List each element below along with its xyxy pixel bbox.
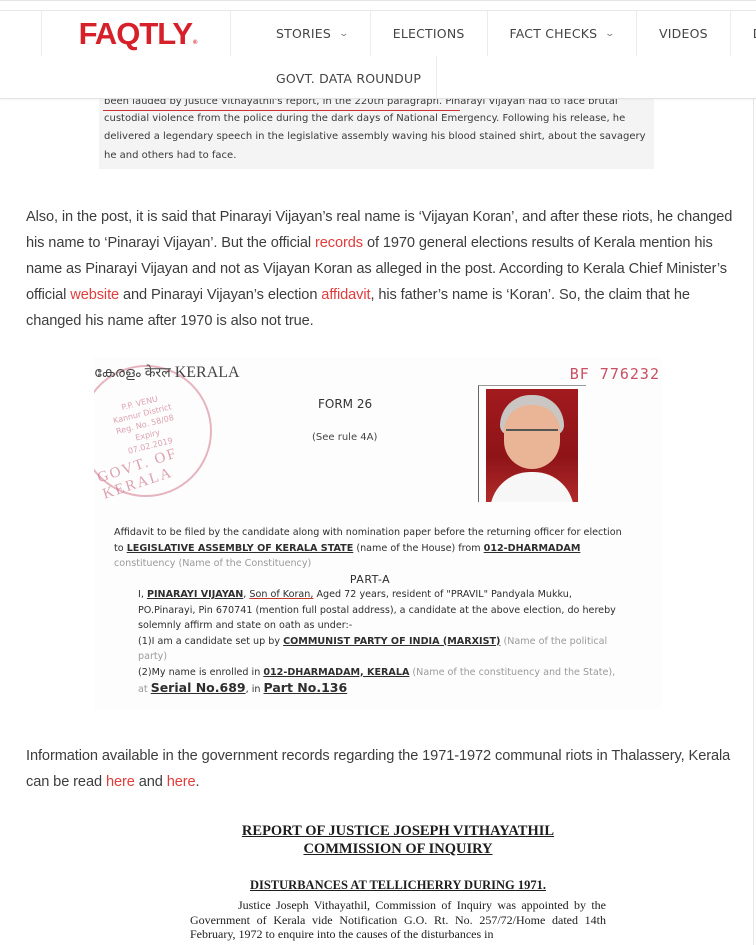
serial-number: Serial No.689 [151,680,246,695]
part-number: Part No.136 [264,680,348,695]
nav-stories[interactable]: STORIES ⌄ [232,11,371,56]
header-malayalam: കേരളം [94,365,141,381]
article-paragraph: Information available in the government … [26,743,736,795]
factly-logo: FAQTLY® [79,18,198,49]
affidavit-intro: Affidavit to be filed by the candidate a… [114,525,626,572]
candidate-photo [486,389,578,502]
logo-text: FA [79,18,117,49]
party-name: COMMUNIST PARTY OF INDIA (MARXIST) [283,636,500,647]
affidavit-part: PART-A [114,572,626,588]
nav-videos[interactable]: VIDEOS [637,11,731,56]
quote-line: he and others had to face. [99,147,646,165]
affidavit-text-run: (1)I am a candidate set up by [138,636,283,647]
nav-data-tools[interactable]: DATA TOOLS [731,11,756,56]
report-subtitle: DISTURBANCES AT TELLICHERRY DURING 1971. [176,878,620,893]
affidavit-text-run: I, [138,589,147,600]
affidavit-clause: (2)My name is enrolled in 012-DHARMADAM,… [114,665,626,698]
affidavit-house: LEGISLATIVE ASSEMBLY OF KERALA STATE [127,543,354,554]
quote-screenshot-image: been lauded by Justice Vithayathil's rep… [99,99,654,169]
affidavit-text-run: constituency (Name of the Constituency) [114,558,311,569]
registered-mark: ® [193,40,197,46]
records-link[interactable]: records [315,235,363,251]
affidavit-text-run: (name of the House) from [353,543,483,554]
main-nav-row-2: GOVT. DATA ROUNDUP [232,56,437,100]
report-title: REPORT OF JUSTICE JOSEPH VITHAYATHIL COM… [176,822,620,858]
stamp-serial: BF 776232 [570,365,660,383]
affidavit-clause: I, PINARAYI VIJAYAN, Son of Koran, Aged … [114,587,626,634]
nav-fact-checks[interactable]: FACT CHECKS ⌄ [488,11,638,56]
logo-link[interactable]: FAQTLY® [41,11,231,56]
affidavit-text-run: (2)My name is enrolled in [138,667,263,678]
form-rule: (See rule 4A) [312,432,377,443]
father-name-highlight: Son of Koran, [249,589,313,600]
commission-report-image: REPORT OF JUSTICE JOSEPH VITHAYATHIL COM… [176,822,620,945]
affidavit-clause: (1)I am a candidate set up by COMMUNIST … [114,634,626,665]
chevron-down-icon: ⌄ [605,29,616,39]
website-link[interactable]: website [70,287,119,303]
stamp-paper-header: കേരളം केरल KERALA [94,363,240,382]
here-link-1[interactable]: here [106,774,135,790]
quote-line: delivered a legendary speech in the legi… [99,128,646,146]
report-title-line: REPORT OF JUSTICE JOSEPH VITHAYATHIL [242,823,554,839]
magnifier-q-icon: Q [116,18,139,49]
nav-label: ELECTIONS [393,26,465,41]
paragraph-text: and Pinarayi Vijayan’s election [119,287,321,303]
article-paragraph: Also, in the post, it is said that Pinar… [26,204,736,334]
notary-stamp: P.P. VENU Kannur District Reg. No. 58/08… [94,365,212,497]
chevron-down-icon: ⌄ [338,29,349,39]
here-link-2[interactable]: here [167,774,196,790]
page-edge-border [753,99,754,945]
report-body: Justice Joseph Vithayathil, Commission o… [176,898,620,942]
paragraph-text: . [196,774,200,790]
enrolled-constituency: 012-DHARMADAM, KERALA [263,667,409,678]
report-body-text: Justice Joseph Vithayathil, Commission o… [190,898,606,941]
header-english: KERALA [175,364,240,381]
affidavit-link[interactable]: affidavit [321,287,370,303]
nav-govt-data-roundup[interactable]: GOVT. DATA ROUNDUP [232,56,437,100]
paragraph-text: and [135,774,167,790]
nav-label: VIDEOS [659,26,708,41]
nav-label: GOVT. DATA ROUNDUP [276,71,421,86]
form-number: FORM 26 [318,397,372,411]
header-hindi: केरल [145,365,171,381]
affidavit-image: P.P. VENU Kannur District Reg. No. 58/08… [94,357,662,709]
site-header: FAQTLY® STORIES ⌄ ELECTIONS FACT CHECKS … [0,0,756,99]
nav-label: FACT CHECKS [510,26,598,41]
candidate-name: PINARAYI VIJAYAN [147,589,243,600]
quote-line: custodial violence from the police durin… [99,110,646,128]
affidavit-text-run: , in [246,684,264,695]
main-nav: STORIES ⌄ ELECTIONS FACT CHECKS ⌄ VIDEOS… [232,11,756,56]
affidavit-constituency: 012-DHARMADAM [484,543,581,554]
nav-label: STORIES [276,26,331,41]
report-title-line: COMMISSION OF INQUIRY [303,841,492,857]
affidavit-text: Affidavit to be filed by the candidate a… [114,525,626,698]
logo-text: TLY [139,18,192,49]
nav-elections[interactable]: ELECTIONS [371,11,488,56]
